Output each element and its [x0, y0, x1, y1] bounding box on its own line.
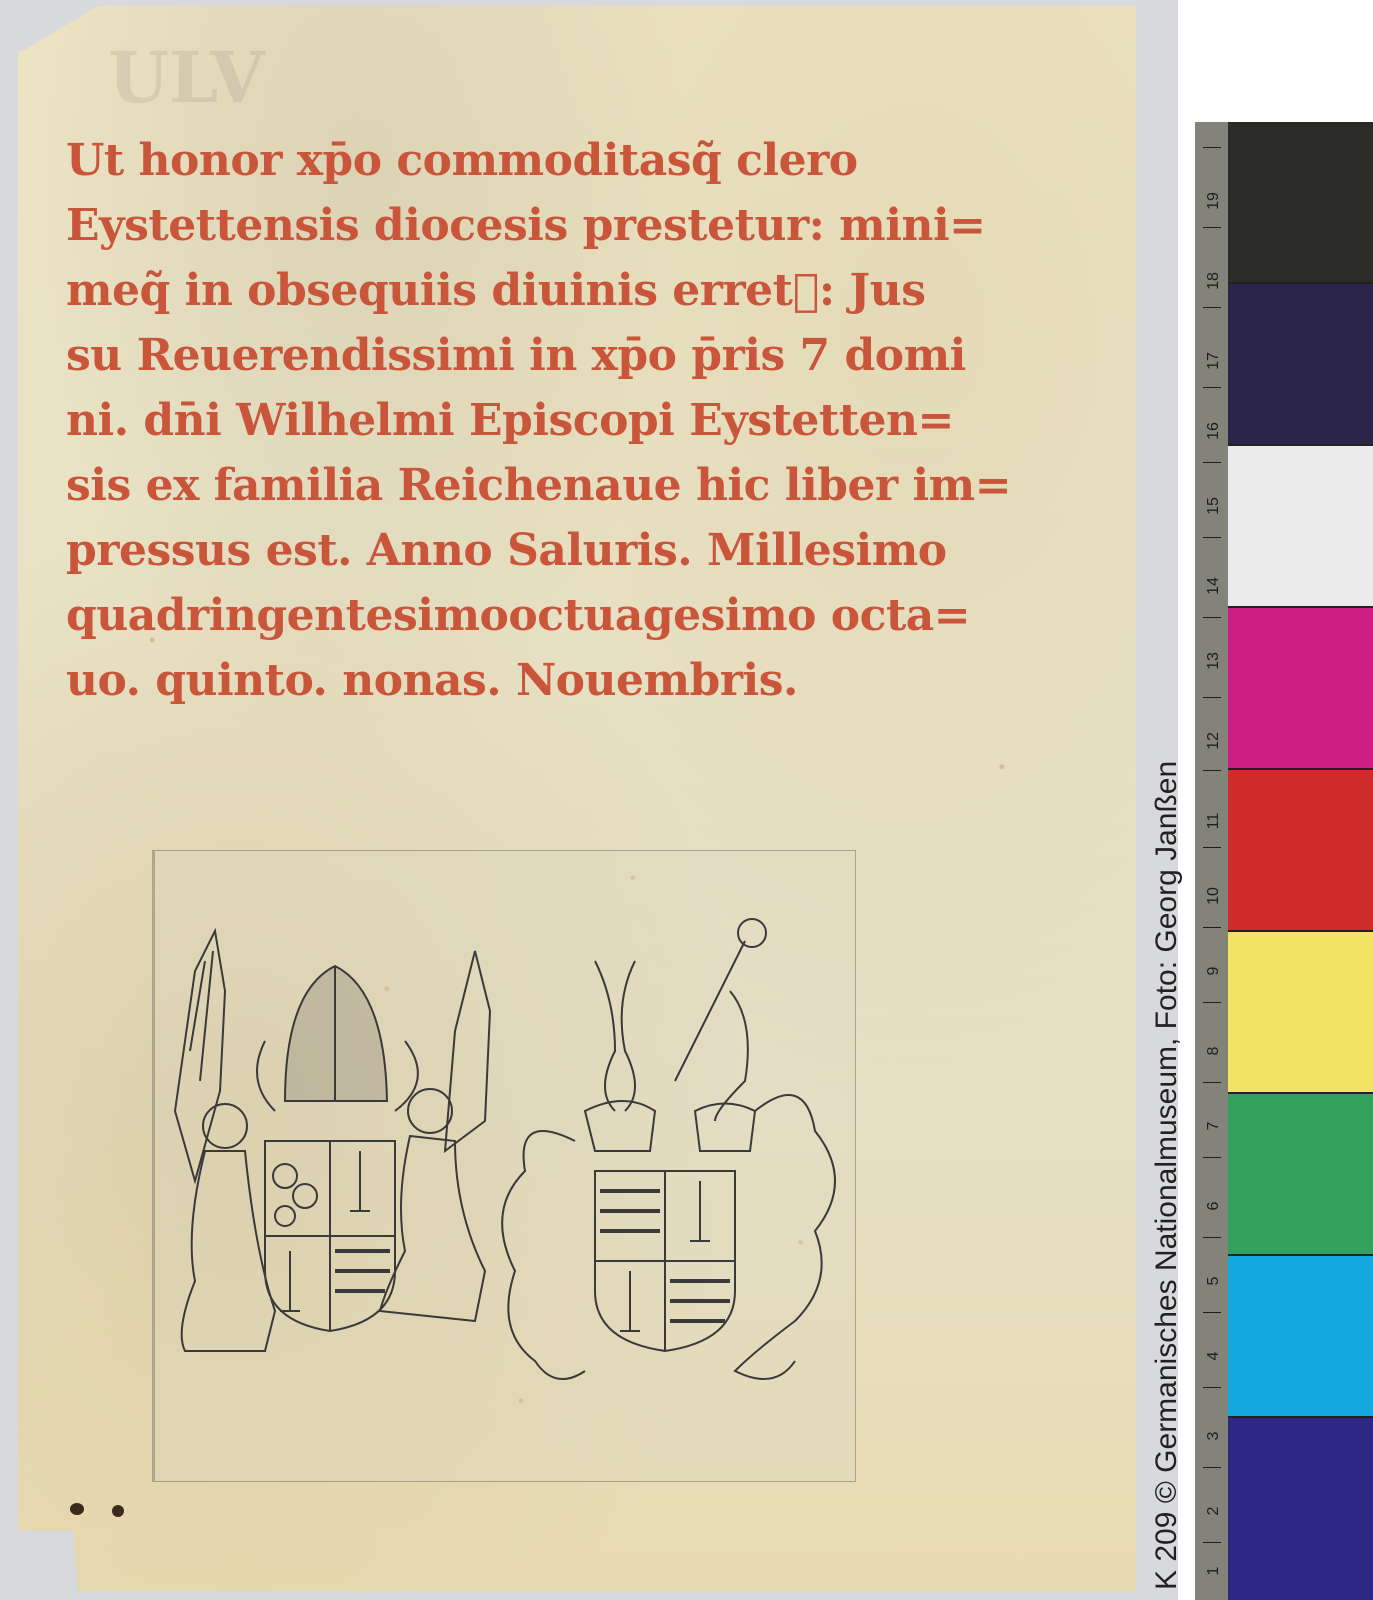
- ruler-tick: [1203, 1002, 1221, 1003]
- worm-hole: [112, 1505, 124, 1517]
- ruler-label: 4: [1205, 1345, 1223, 1367]
- ruler-label: 17: [1205, 350, 1223, 372]
- colophon-line: ni. dn̄i Wilhelmi Episcopi Eystetten=: [66, 388, 1016, 453]
- ruler-label: 3: [1205, 1425, 1223, 1447]
- middle-angel-wing-icon: [445, 951, 490, 1151]
- ruler-tick: [1203, 847, 1221, 848]
- ruler-label: 16: [1205, 420, 1223, 442]
- ruler-label: 19: [1205, 190, 1223, 212]
- helmet-icon: [585, 1101, 655, 1151]
- ruler-label: 5: [1205, 1270, 1223, 1292]
- horn-crest-icon: [595, 961, 635, 1111]
- ruler-tick: [1203, 1237, 1221, 1238]
- cm-ruler: 19 18 17 16 15 14 13 12 11 10 9 8 7 6 5 …: [1195, 122, 1228, 1600]
- ruler-tick: [1203, 227, 1221, 228]
- colophon-line: meq̃ in obsequiis diuinis erret᷑: Jus: [66, 258, 1016, 323]
- patch-magenta: [1228, 608, 1373, 770]
- colophon-line: quadringentesimooctuagesimo octa=: [66, 583, 1016, 648]
- patch-yellow: [1228, 932, 1373, 1094]
- woodcut-illustration: [155, 851, 855, 1481]
- coat-of-arms-woodcut: [152, 850, 856, 1482]
- patch-cyan: [1228, 1256, 1373, 1418]
- patch-dark-indigo: [1228, 284, 1373, 446]
- colophon-line: sis ex familia Reichenaue hic liber im=: [66, 453, 1016, 518]
- ruler-label: 12: [1205, 730, 1223, 752]
- ruler-tick: [1203, 1157, 1221, 1158]
- ruler-label: 7: [1205, 1115, 1223, 1137]
- ruler-tick: [1203, 462, 1221, 463]
- patch-white: [1228, 446, 1373, 608]
- left-angel-wing-icon: [175, 931, 225, 1181]
- crozier-icon: [675, 941, 745, 1081]
- ruler-label: 2: [1205, 1500, 1223, 1522]
- ruler-label: 8: [1205, 1040, 1223, 1062]
- ruler-tick: [1203, 1542, 1221, 1543]
- middle-angel-head: [408, 1089, 452, 1133]
- acanthus-mantling-left: [502, 1131, 585, 1379]
- ruler-label: 18: [1205, 270, 1223, 292]
- photo-credit: K 209 © Germanisches Nationalmuseum, Fot…: [1150, 761, 1184, 1590]
- ruler-tick: [1203, 617, 1221, 618]
- colophon-line: Eystettensis diocesis prestetur: mini=: [66, 193, 1016, 258]
- worm-hole: [70, 1503, 84, 1515]
- colophon-line: Ut honor xp̄o commoditasq̃ clero: [66, 128, 1016, 193]
- ruler-tick: [1203, 387, 1221, 388]
- ruler-tick: [1203, 1312, 1221, 1313]
- patch-blue: [1228, 1418, 1373, 1600]
- ruler-tick: [1203, 1387, 1221, 1388]
- colophon-line: uo. quinto. nonas. Nouembris.: [66, 648, 1016, 713]
- ruler-label: 10: [1205, 885, 1223, 907]
- colophon-line: pressus est. Anno Saluris. Millesimo: [66, 518, 1016, 583]
- acanthus-mantling-right: [735, 1095, 835, 1379]
- ruler-tick: [1203, 1467, 1221, 1468]
- ruler-tick: [1203, 147, 1221, 148]
- ruler-tick: [1203, 927, 1221, 928]
- patch-green: [1228, 1094, 1373, 1256]
- showthrough-text: ULV: [108, 36, 264, 119]
- patch-black: [1228, 122, 1373, 284]
- ruler-tick: [1203, 307, 1221, 308]
- ruler-tick: [1203, 1082, 1221, 1083]
- colophon-text: Ut honor xp̄o commoditasq̃ clero Eystett…: [66, 128, 1016, 713]
- colophon-line: su Reuerendissimi in xp̄o p̄ris 7 domi: [66, 323, 1016, 388]
- ruler-label: 11: [1205, 810, 1223, 832]
- ruler-label: 13: [1205, 650, 1223, 672]
- ruler-tick: [1203, 697, 1221, 698]
- ruler-label: 14: [1205, 575, 1223, 597]
- ruler-label: 6: [1205, 1195, 1223, 1217]
- ruler-tick: [1203, 537, 1221, 538]
- ruler-tick: [1203, 770, 1221, 771]
- color-calibration-chart: [1228, 122, 1373, 1600]
- patch-red: [1228, 770, 1373, 932]
- ruler-label: 1: [1205, 1560, 1223, 1582]
- ruler-label: 9: [1205, 960, 1223, 982]
- ruler-label: 15: [1205, 495, 1223, 517]
